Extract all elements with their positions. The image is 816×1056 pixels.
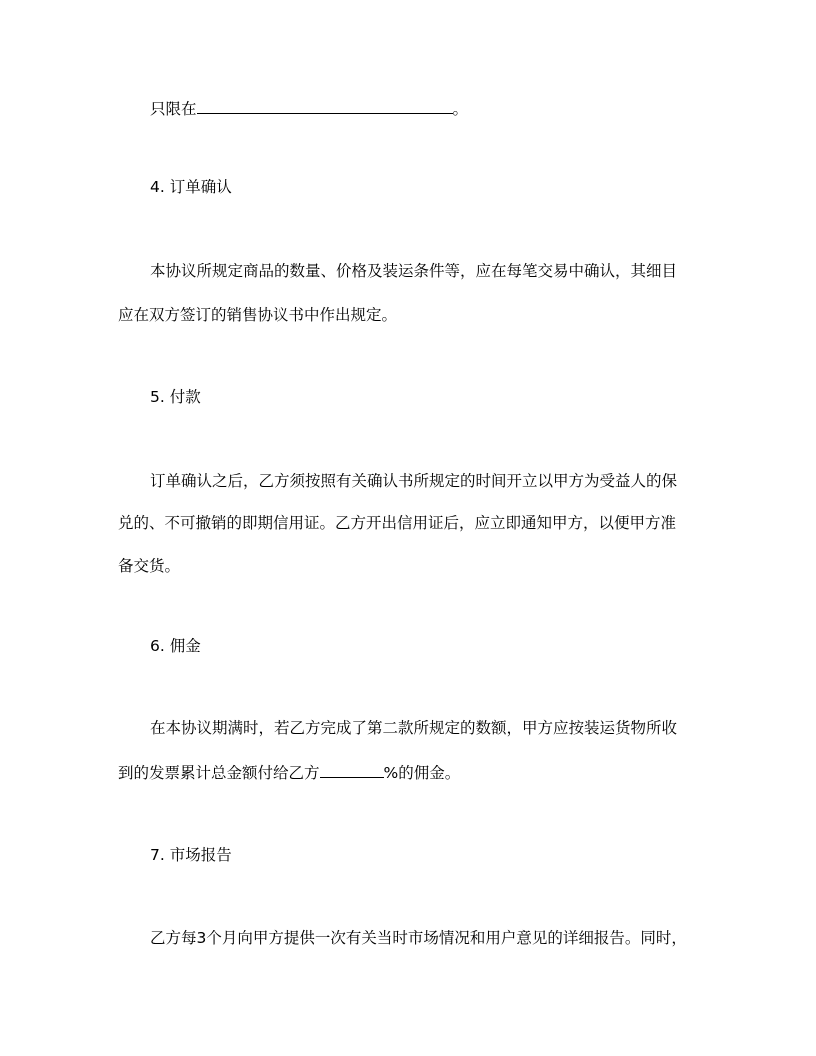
section-5-line-2: 兑的、不可撤销的即期信用证。乙方开出信用证后，应立即通知甲方，以便甲方准 bbox=[118, 513, 676, 533]
section-heading-payment: 5. 付款 bbox=[150, 387, 201, 407]
section-4-line-2: 应在双方签订的销售协议书中作出规定。 bbox=[118, 305, 397, 325]
section-6-line-2: 到的发票累计总金额付给乙方%的佣金。 bbox=[118, 762, 460, 782]
section-5-line-3: 备交货。 bbox=[118, 556, 180, 576]
fill-in-blank[interactable] bbox=[197, 98, 453, 114]
section-5-line-1: 订单确认之后，乙方须按照有关确认书所规定的时间开立以甲方为受益人的保 bbox=[150, 471, 677, 491]
restriction-line: 只限在。 bbox=[150, 98, 468, 118]
section-6-line-1: 在本协议期满时，若乙方完成了第二款所规定的数额，甲方应按装运货物所收 bbox=[150, 718, 677, 738]
section-heading-commission: 6. 佣金 bbox=[150, 636, 201, 656]
commission-percent-blank[interactable] bbox=[320, 762, 384, 778]
restriction-suffix: 。 bbox=[453, 100, 469, 118]
section-4-line-1: 本协议所规定商品的数量、价格及装运条件等，应在每笔交易中确认，其细目 bbox=[150, 261, 677, 281]
restriction-prefix: 只限在 bbox=[150, 100, 197, 118]
section-heading-market-report: 7. 市场报告 bbox=[150, 845, 232, 865]
commission-suffix: %的佣金。 bbox=[384, 764, 461, 782]
section-7-line-1: 乙方每3个月向甲方提供一次有关当时市场情况和用户意见的详细报告。同时， bbox=[150, 928, 687, 948]
section-heading-order-confirmation: 4. 订单确认 bbox=[150, 177, 232, 197]
commission-prefix: 到的发票累计总金额付给乙方 bbox=[118, 764, 320, 782]
